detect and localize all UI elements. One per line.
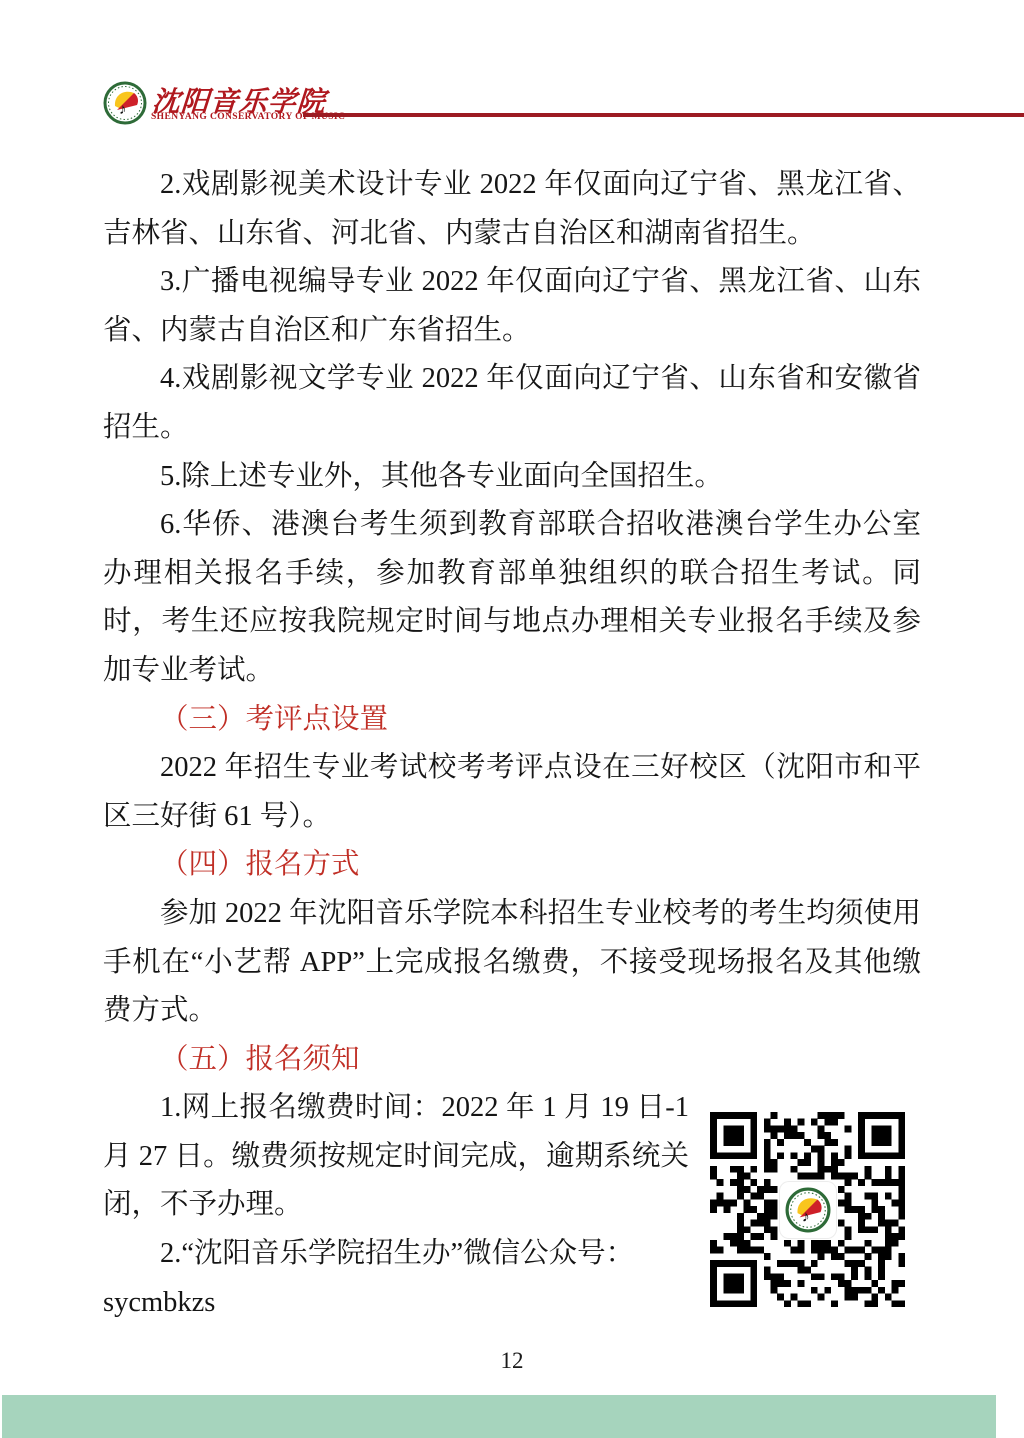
section-heading-registration-notes: （五）报名须知 [103, 1036, 921, 1085]
svg-text:♪: ♪ [119, 102, 127, 118]
paragraph-item3-broadcast: 3.广播电视编导专业 2022 年仅面向辽宁省、黑龙江省、山东省、内蒙古自治区和… [103, 258, 921, 355]
section-heading-registration-method: （四）报名方式 [103, 841, 921, 890]
paragraph-note2-wechat: 2.“沈阳音乐学院招生办”微信公众号： [103, 1230, 689, 1279]
section-heading-exam-venue: （三）考评点设置 [103, 696, 921, 745]
paragraph-item5-others: 5.除上述专业外，其他各专业面向全国招生。 [103, 453, 921, 502]
page-number: 12 [0, 1348, 1024, 1374]
paragraph-item2-art-design: 2.戏剧影视美术设计专业 2022 年仅面向辽宁省、黑龙江省、吉林省、山东省、河… [103, 161, 921, 258]
paragraph-item6-overseas: 6.华侨、港澳台考生须到教育部联合招收港澳台学生办公室办理相关报名手续，参加教育… [103, 501, 921, 695]
paragraph-note1-payment-time: 1.网上报名缴费时间：2022 年 1 月 19 日-1 月 27 日。缴费须按… [103, 1084, 689, 1230]
paragraph-item4-drama-literature: 4.戏剧影视文学专业 2022 年仅面向辽宁省、山东省和安徽省招生。 [103, 355, 921, 452]
paragraph-venue: 2022 年招生专业考试校考考评点设在三好校区（沈阳市和平区三好街 61 号）。 [103, 744, 921, 841]
paragraph-method: 参加 2022 年沈阳音乐学院本科招生专业校考的考生均须使用手机在“小艺帮 AP… [103, 890, 921, 1036]
qr-center-logo-icon: ♪ [780, 1182, 836, 1238]
footer-green-band [2, 1395, 996, 1438]
wechat-account-id: sycmbkzs [103, 1279, 689, 1328]
document-page: ♪ 沈阳音乐学院 SHENYANG CONSERVATORY OF MUSIC … [0, 0, 1024, 1438]
school-logo-icon: ♪ [103, 81, 147, 125]
svg-text:♪: ♪ [801, 1208, 809, 1225]
wechat-qr-code: ♪ [710, 1112, 905, 1307]
header-rule-line [303, 113, 1024, 117]
